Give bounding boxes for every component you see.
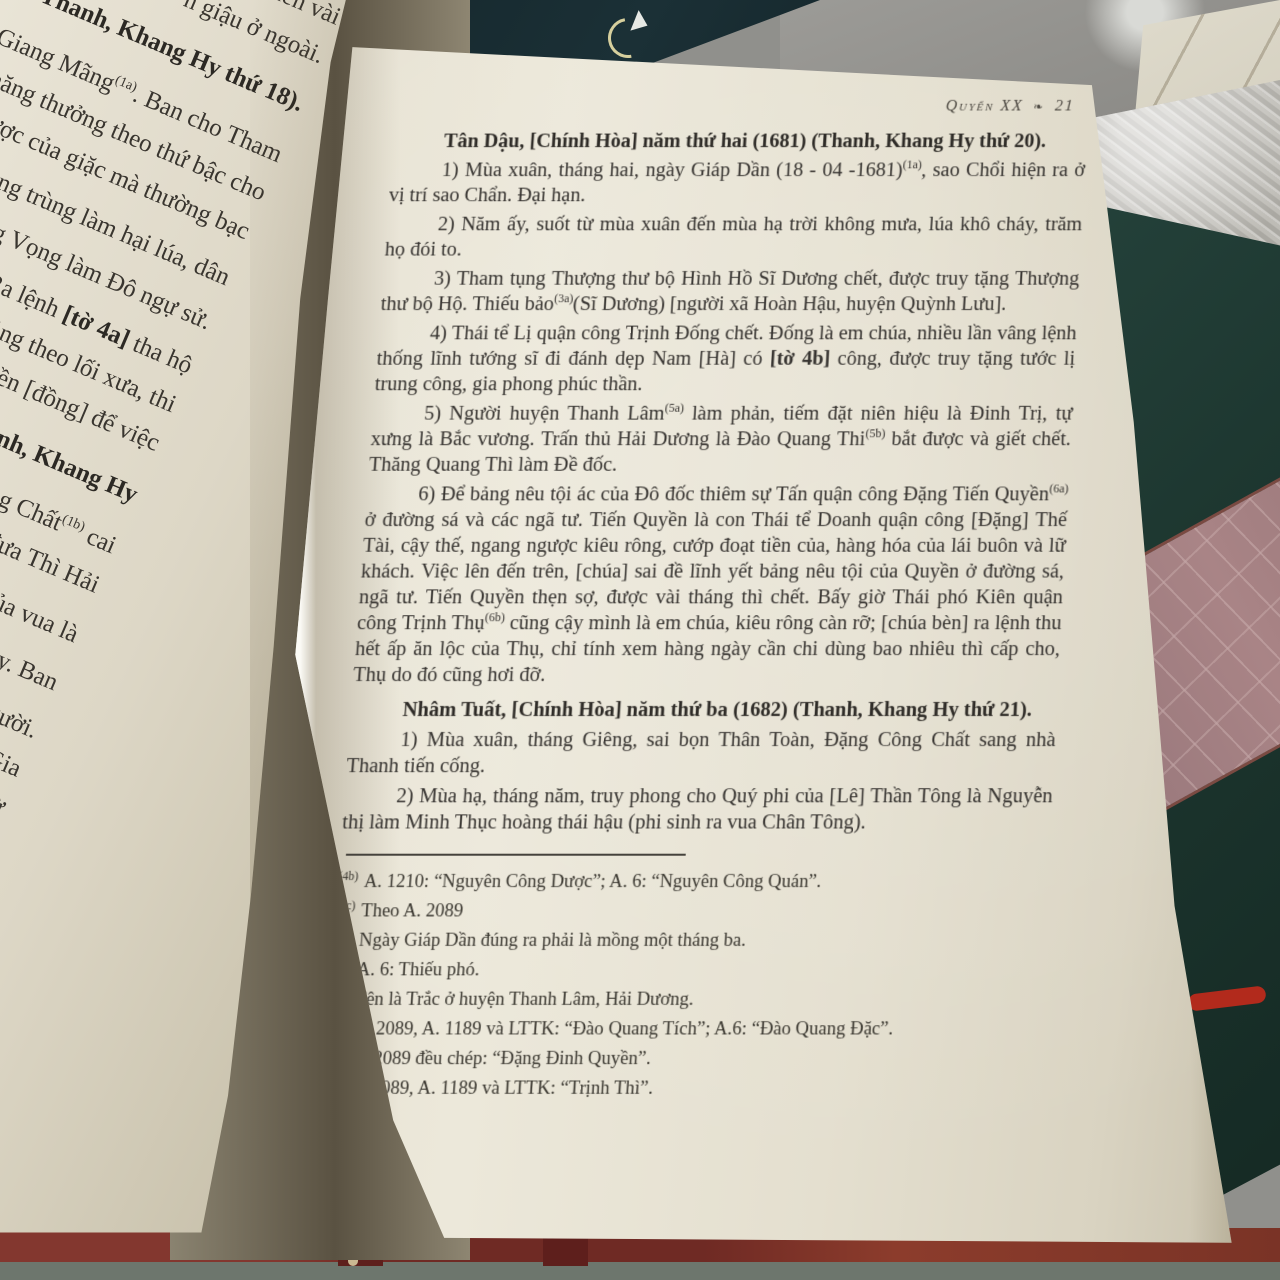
footnote: (5a)Tên là Trắc ở huyện Thanh Lâm, Hải D… (328, 986, 1043, 1016)
right-page-text-block: Quyển XX❧21 Tân Dậu, [Chính Hòa] năm thứ… (321, 94, 1088, 1104)
footnote: (6a)A. 2089 đều chép: “Đặng Đinh Quyền”. (324, 1045, 1040, 1075)
footnote-text: A. 2089, A. 1189 và LTTK: “Trịnh Thì”. (348, 1078, 654, 1098)
body-sections: Tân Dậu, [Chính Hòa] năm thứ hai (1681) … (341, 129, 1087, 836)
fleuron-icon: ❧ (1023, 100, 1055, 113)
footnote: (4b)A. 1210: “Nguyên Công Dược”; A. 6: “… (337, 868, 1049, 897)
footnote: (1a)Ngày Giáp Dần đúng ra phải là mồng m… (332, 927, 1045, 956)
body-paragraph: 1) Mùa xuân, tháng Giêng, sai bọn Thân T… (346, 727, 1057, 779)
body-paragraph: 3) Tham tụng Thượng thư bộ Hình Hồ Sĩ Dư… (380, 266, 1080, 317)
year-heading: Tân Dậu, [Chính Hòa] năm thứ hai (1681) … (392, 129, 1087, 154)
footnote-text: A. 1210: “Nguyên Công Dược”; A. 6: “Nguy… (363, 872, 822, 892)
footnote: (3a)A. 6: Thiếu phó. (330, 956, 1044, 985)
body-paragraph: 2) Mùa hạ, tháng năm, truy phong cho Quý… (341, 783, 1053, 835)
footnote-text: A. 2089 đều chép: “Đặng Đinh Quyền”. (350, 1049, 652, 1069)
floor (0, 1262, 1280, 1280)
body-paragraph: 2) Năm ấy, suốt từ mùa xuân đến mùa hạ t… (384, 212, 1083, 262)
right-page: Quyển XX❧21 Tân Dậu, [Chính Hòa] năm thứ… (230, 30, 1250, 1255)
footnote-text: A. 6: Thiếu phó. (356, 960, 480, 980)
footnote: (4c)Theo A. 2089 (335, 897, 1048, 926)
page-number: 21 (1054, 98, 1074, 114)
footnote-text: Theo A. 2089 (360, 901, 463, 921)
body-paragraph: 4) Thái tể Lị quận công Trịnh Đống chết.… (374, 321, 1077, 397)
body-paragraph: 6) Để bảng nêu tội ác của Đô đốc thiêm s… (352, 482, 1069, 688)
chapter-label: Quyển XX (945, 98, 1024, 114)
year-heading: Nhâm Tuất, [Chính Hòa] năm thứ ba (1682)… (350, 697, 1058, 723)
footnote: (6b)A. 2089, A. 1189 và LTTK: “Trịnh Thì… (321, 1074, 1038, 1104)
body-paragraph: 5) Người huyện Thanh Lâm(5a) làm phản, t… (368, 401, 1073, 478)
footnote-text: Tên là Trắc ở huyện Thanh Lâm, Hải Dương… (354, 990, 694, 1010)
footnote-text: Ngày Giáp Dần đúng ra phải là mồng một t… (358, 931, 746, 951)
running-head: Quyển XX❧21 (395, 94, 1089, 119)
footnote: (5b)A. 2089, A. 1189 và LTTK: “Đào Quang… (326, 1015, 1041, 1045)
footnote-text: A. 2089, A. 1189 và LTTK: “Đào Quang Tíc… (352, 1019, 893, 1039)
footnotes: (4b)A. 1210: “Nguyên Công Dược”; A. 6: “… (321, 868, 1049, 1104)
footnote-separator (346, 854, 686, 856)
body-paragraph: 1) Mùa xuân, tháng hai, ngày Giáp Dần (1… (388, 158, 1086, 208)
